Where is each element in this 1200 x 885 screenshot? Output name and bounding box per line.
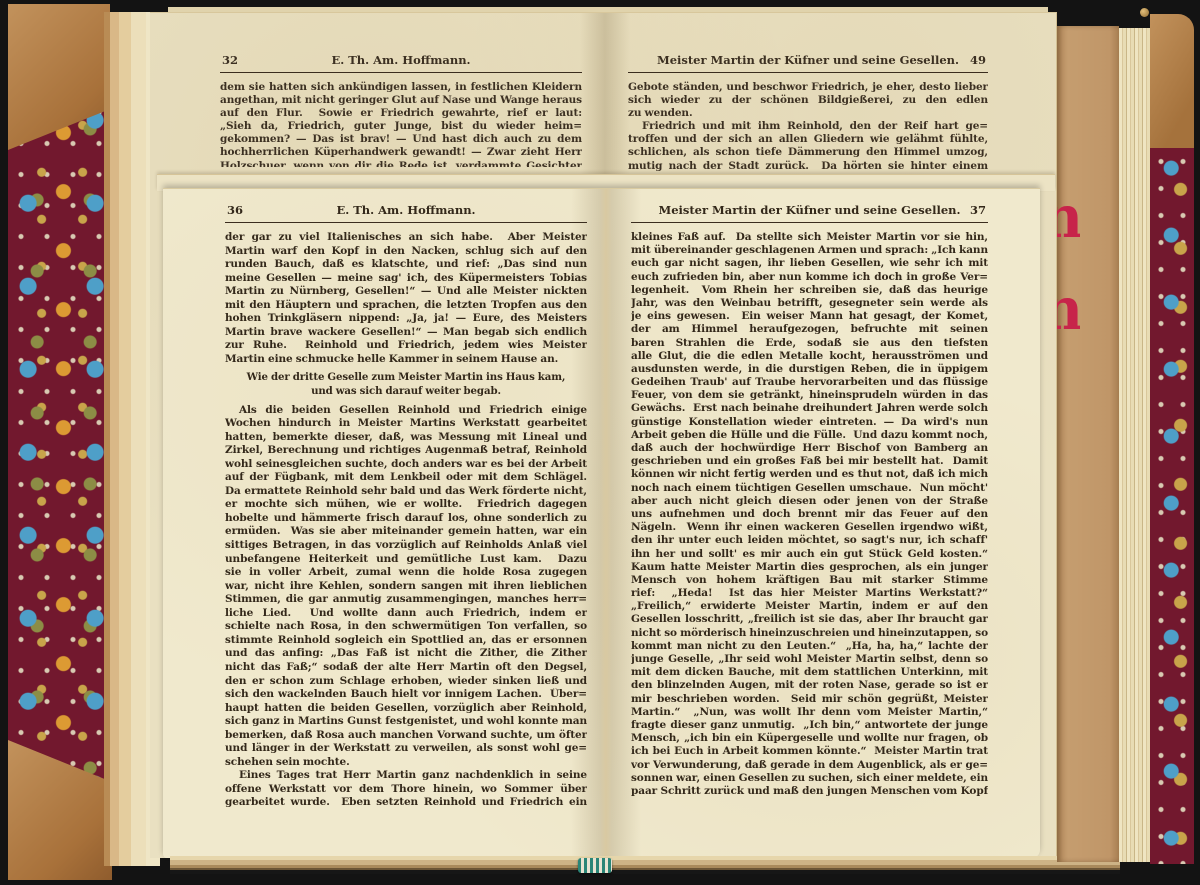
- text-line: legenheit. Vom Rhein her schreiben sie, …: [631, 284, 988, 297]
- paragraph: Als die beiden Gesellen Reinhold und Fri…: [225, 404, 587, 770]
- text-line: mutig nach der Stadt zurück. Da hörten s…: [628, 160, 988, 171]
- text-line: euch gar nicht sagen, ihr lieben Geselle…: [631, 257, 988, 270]
- endband: [578, 858, 612, 873]
- text-line: Gewächs. Erst nach beinahe dreihundert J…: [631, 402, 988, 415]
- text-line: Arbeit geben die Hülle und die Fülle. Un…: [631, 429, 988, 442]
- running-title: E. Th. Am. Hoffmann.: [225, 203, 587, 217]
- text-line: hatten, bemerkte dieser, daß, was Messun…: [225, 431, 587, 445]
- text-line: Gesellen losschritt, „freilich ist sie d…: [631, 613, 988, 626]
- text-line: Da ermattete Reinhold sehr bald und das …: [225, 485, 587, 499]
- text-line: „Freilich,“ erwiderte Meister Martin, in…: [631, 600, 988, 613]
- text-line: Holzschuer, wenn von dir die Rede ist, v…: [220, 160, 582, 167]
- text-line: alle Glut, die die edlen Metalle kocht, …: [631, 350, 988, 363]
- header-rule: [220, 72, 582, 73]
- text-line: nicht das Faß;“ sodaß der alte Herr Mart…: [225, 661, 587, 675]
- text-line: ich bei Euch in Arbeit kommen könnte.“ M…: [631, 745, 988, 758]
- section-heading: Wie der dritte Geselle zum Meister Marti…: [225, 371, 587, 398]
- text-line: mit den Häuptern und sprachen, die letzt…: [225, 299, 587, 313]
- text-line: meine Gesellen — meine sag' ich, des Küp…: [225, 272, 587, 286]
- page-49-header: Meister Martin der Küfner und seine Gese…: [628, 53, 988, 68]
- text-line: noch nach einem tüchtigen Gesellen umsch…: [631, 482, 988, 495]
- text-line: unbefangene Heiterkeit und gemütliche Lu…: [225, 553, 587, 567]
- text-line: der gar zu viel Italienisches an sich ha…: [225, 231, 587, 245]
- page-37-header: Meister Martin der Küfner und seine Gese…: [631, 203, 988, 218]
- text-line: er mochte sich mühen, wie er wollte. Fri…: [225, 498, 587, 512]
- text-line: stimmte Reinhold sogleich ein Spottlied …: [225, 634, 587, 648]
- text-line: Feuer, von dem sie getränkt, hineinsprud…: [631, 389, 988, 402]
- text-line: rief: „Heda! Ist das hier Meister Martin…: [631, 587, 988, 600]
- text-line: ausdunsten werde, in die durstigen Reben…: [631, 363, 988, 376]
- text-line: sie in voller Arbeit, zumal wenn die hol…: [225, 566, 587, 580]
- page-37: Meister Martin der Küfner und seine Gese…: [631, 203, 988, 798]
- text-line: hochherrlichen Küperhandwerk gewandt! — …: [220, 146, 582, 159]
- page-36-text: der gar zu viel Italienisches an sich ha…: [225, 231, 587, 810]
- running-title: Meister Martin der Küfner und seine Gese…: [631, 203, 988, 217]
- text-line: und das anfing: „Das Faß ist nicht die Z…: [225, 647, 587, 661]
- brass-pin: [1140, 8, 1149, 17]
- paragraph: der gar zu viel Italienisches an sich ha…: [225, 231, 587, 366]
- text-line: und was sich darauf weiter begab.: [225, 385, 587, 399]
- red-letter-fragment: n: [1057, 282, 1080, 342]
- text-line: Jahr, was den Weinbau betrifft, gesegnet…: [631, 297, 988, 310]
- text-line: mit dem dicken Bauche, mit dem stattlich…: [631, 666, 988, 679]
- bottom-page-edges: [170, 856, 1120, 874]
- text-line: schlichen, als schon tiefe Dämmerung den…: [628, 146, 988, 159]
- text-line: sich wieder zu der schönen Bildgießerei,…: [628, 94, 988, 107]
- red-letter: n: [1057, 282, 1080, 336]
- right-page-edges: [1119, 28, 1152, 862]
- header-rule: [225, 222, 587, 223]
- text-line: offene Werkstatt vor dem Thore hinein, w…: [225, 783, 587, 797]
- text-line: Gedeihen Traub' auf Traube hervorarbeite…: [631, 376, 988, 389]
- text-line: Mensch von hohem kräftigen Bau mit stark…: [631, 574, 988, 587]
- text-line: mit übereinander geschlagenen Armen und …: [631, 244, 988, 257]
- paragraph: dem sie hatten sich ankündigen lassen, i…: [220, 81, 582, 167]
- page-number: 36: [227, 203, 243, 217]
- text-line: gekommen? — Das ist brav! — Und hast dic…: [220, 133, 582, 146]
- text-line: sittiges Betragen, in das vorzüglich auf…: [225, 539, 587, 553]
- text-line: Martin eine schmucke helle Kammer in sei…: [225, 353, 587, 367]
- running-title: Meister Martin der Küfner und seine Gese…: [628, 53, 988, 67]
- text-line: aber auch nicht gleich diesen oder jenen…: [631, 495, 988, 508]
- text-line: ihn her und sollt' es mir auch ein gut S…: [631, 548, 988, 561]
- page-37-text: kleines Faß auf. Da stellte sich Meister…: [631, 231, 988, 798]
- paragraph: kleines Faß auf. Da stellte sich Meister…: [631, 231, 988, 798]
- header-rule: [631, 222, 988, 223]
- red-letter: n: [1057, 190, 1080, 244]
- text-line: können wir nicht fertig werden und es th…: [631, 468, 988, 481]
- text-line: und länger in der Werkstatt zu verweilen…: [225, 742, 587, 756]
- text-line: auf der Fügbank, mit dem Lenkbeil oder m…: [225, 471, 587, 485]
- text-line: dem sie hatten sich ankündigen lassen, i…: [220, 81, 582, 94]
- text-line: kommt man nicht zu den Leuten.“ „Ha, ha,…: [631, 640, 988, 653]
- text-line: sich ganz in Martins Gunst festgenistet,…: [225, 715, 587, 729]
- text-line: daß auch der hochwürdige Herr Bischof vo…: [631, 442, 988, 455]
- text-line: Friedrich und mit ihm Reinhold, den der …: [628, 120, 988, 133]
- text-line: junge Geselle, „Ihr seid wohl Meister Ma…: [631, 653, 988, 666]
- text-line: baren Strahlen die Erde, sodaß sie aus d…: [631, 337, 988, 350]
- text-line: runden Bauch, daß es klatschte, und rief…: [225, 258, 587, 272]
- page-number: 49: [970, 53, 986, 67]
- text-line: auf den Flur. Sowie er Friedrich gewahrt…: [220, 107, 582, 120]
- gutter-shadow-under: [580, 13, 630, 191]
- text-line: bemerken, daß Rosa auch manchen Vorwand …: [225, 729, 587, 743]
- text-line: hohen Trinkgläsern nippend: „Ja, ja! — E…: [225, 312, 587, 326]
- text-line: Nägeln. Wenn ihr einen wackeren Gesellen…: [631, 521, 988, 534]
- text-line: Eines Tages trat Herr Martin ganz nachde…: [225, 769, 587, 783]
- text-line: „Sieh da, Friedrich, guter Junge, bist d…: [220, 120, 582, 133]
- text-line: schehen sein mochte.: [225, 756, 587, 770]
- text-line: Als die beiden Gesellen Reinhold und Fri…: [225, 404, 587, 418]
- right-cover-marbled-paper: [1150, 148, 1194, 864]
- text-line: Martin brave wackere Gesellen!“ — Man be…: [225, 326, 587, 340]
- text-line: Kaum hatte Meister Martin dies gesproche…: [631, 561, 988, 574]
- text-line: euch zufrieden bin, aber nun komme ich d…: [631, 271, 988, 284]
- red-letter-fragment: n: [1057, 190, 1080, 250]
- paragraph: Gebote ständen, und beschwor Friedrich, …: [628, 81, 988, 120]
- main-page-spread: 36 E. Th. Am. Hoffmann. der gar zu viel …: [163, 188, 1040, 858]
- text-line: troffen und der sich an allen Gliedern w…: [628, 133, 988, 146]
- right-cover-leather-spine: [1150, 14, 1194, 150]
- text-line: Martin zu Nürnberg, Gesellen!“ — Und all…: [225, 285, 587, 299]
- text-line: gearbeitet wurde. Eben setzten Reinhold …: [225, 796, 587, 810]
- text-line: wohl seinesgleichen suchte, doch anders …: [225, 458, 587, 472]
- text-line: Wie der dritte Geselle zum Meister Marti…: [225, 371, 587, 385]
- text-line: angethan, mit nicht geringer Glut auf Na…: [220, 94, 582, 107]
- text-line: nicht so mörderisch hineinzuschreien und…: [631, 627, 988, 640]
- text-line: Zirkel, Berechnung und richtiges Augenma…: [225, 444, 587, 458]
- text-line: ermüden. Was sie aber miteinander gemein…: [225, 525, 587, 539]
- paragraph: Eines Tages trat Herr Martin ganz nachde…: [225, 769, 587, 810]
- page-36: 36 E. Th. Am. Hoffmann. der gar zu viel …: [225, 203, 587, 810]
- open-book-photo: 32 E. Th. Am. Hoffmann. dem sie hatten s…: [0, 0, 1200, 885]
- page-32-text: dem sie hatten sich ankündigen lassen, i…: [220, 81, 582, 167]
- text-line: kleines Faß auf. Da stellte sich Meister…: [631, 231, 988, 244]
- header-rule: [628, 72, 988, 73]
- kraft-board: n n: [1057, 26, 1119, 862]
- page-49-text: Gebote ständen, und beschwor Friedrich, …: [628, 81, 988, 171]
- text-line: sich den wackelnden Bauch hielt vor inni…: [225, 688, 587, 702]
- text-line: Martin warf den Kopf in den Nacken, schl…: [225, 245, 587, 259]
- text-line: geschrieben und ein großes Faß bei mir b…: [631, 455, 988, 468]
- paragraph: Friedrich und mit ihm Reinhold, den der …: [628, 120, 988, 171]
- text-line: Wochen hindurch in Meister Martins Werks…: [225, 417, 587, 431]
- text-line: hobelte und hämmerte frisch darauf los, …: [225, 512, 587, 526]
- text-line: Martin.“ „Nun, was wollt Ihr denn vom Me…: [631, 706, 988, 719]
- text-line: Stimmen, die gar anmutig zusammengingen,…: [225, 593, 587, 607]
- text-line: Mensch, „ich bin ein Küpergeselle und wo…: [631, 732, 988, 745]
- text-line: zu wenden.: [628, 107, 988, 120]
- page-number: 32: [222, 53, 238, 67]
- text-line: war, nicht ihre Kehlen, sondern sangen m…: [225, 580, 587, 594]
- text-line: uns aufnehmen und doch brennt mir das Fe…: [631, 508, 988, 521]
- text-line: vor Verwunderung, daß gerade in dem Auge…: [631, 759, 988, 772]
- page-32-header: 32 E. Th. Am. Hoffmann.: [220, 53, 582, 68]
- text-line: der am Himmel heraufgezogen, befruchte m…: [631, 323, 988, 336]
- text-line: Gebote ständen, und beschwor Friedrich, …: [628, 81, 988, 94]
- text-line: paar Schritt zurück und maß den jungen M…: [631, 785, 988, 798]
- text-line: schielte nach Rosa, in den schwermütigen…: [225, 620, 587, 634]
- text-line: sonnen war, einen Gesellen zu suchen, si…: [631, 772, 988, 785]
- page-36-header: 36 E. Th. Am. Hoffmann.: [225, 203, 587, 218]
- page-49: Meister Martin der Küfner und seine Gese…: [628, 53, 988, 171]
- text-line: den ihr unter euch leiden möchtet, so sa…: [631, 534, 988, 547]
- text-line: günstige Konstellation wieder eintreten.…: [631, 416, 988, 429]
- text-line: mir beschrieben worden. Seid mir schön g…: [631, 693, 988, 706]
- running-title: E. Th. Am. Hoffmann.: [220, 53, 582, 67]
- text-line: fragte dieser ganz unmutig. „Ich bin,“ a…: [631, 719, 988, 732]
- text-line: haupt hatten die beiden Gesellen, vorzüg…: [225, 702, 587, 716]
- page-number: 37: [970, 203, 986, 217]
- text-line: liche Lied. Und wollte dann auch Friedri…: [225, 607, 587, 621]
- text-line: zur Ruhe. Reinhold und Friedrich, jedem …: [225, 339, 587, 353]
- text-line: je eins gewesen. Ein weiser Mann hat ges…: [631, 310, 988, 323]
- text-line: den er schon zum Schlage erhoben, wieder…: [225, 675, 587, 689]
- page-32: 32 E. Th. Am. Hoffmann. dem sie hatten s…: [220, 53, 582, 167]
- text-line: den blinzelnden Augen, mit der roten Nas…: [631, 679, 988, 692]
